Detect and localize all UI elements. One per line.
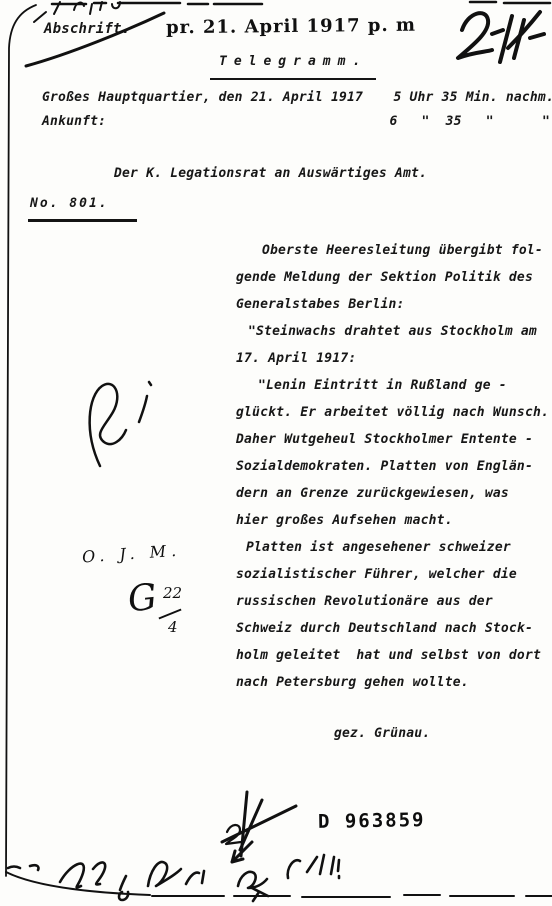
body-line: 17. April 1917: xyxy=(236,345,546,372)
date-mark-letter-handwritten: G xyxy=(126,577,159,621)
date-fraction-denominator: 4 xyxy=(168,618,178,636)
marginalia-scribble xyxy=(8,855,339,901)
origin-place-date: Großes Hauptquartier, den 21. April 1917 xyxy=(42,84,363,111)
body-line: hier großes Aufsehen macht. xyxy=(236,507,546,534)
body-line: nach Petersburg gehen wollte. xyxy=(236,669,546,696)
body-line: Daher Wutgeheul Stockholmer Entente - xyxy=(236,426,546,453)
body-line: Generalstabes Berlin: xyxy=(236,291,546,318)
received-date-stamp: pr. 21. April 1917 p. m xyxy=(166,15,416,39)
registry-number-stamp: D 963859 xyxy=(318,809,426,833)
body-line: Sozialdemokraten. Platten von Englän- xyxy=(236,453,546,480)
cross-arrow-mark xyxy=(222,792,296,862)
body-line: sozialistischer Führer, welcher die xyxy=(236,561,546,588)
telegram-body: Oberste Heeresleitung übergibt fol- gend… xyxy=(236,237,546,696)
document-number: No. 801. xyxy=(28,190,137,222)
body-line: Schweiz durch Deutschland nach Stock- xyxy=(236,615,546,642)
body-line: Platten ist angesehener schweizer xyxy=(236,534,546,561)
dispatch-time: 5 Uhr 35 Min. nachm. xyxy=(393,84,552,111)
scan-border-bottom xyxy=(6,872,552,897)
scan-border-top xyxy=(52,2,550,4)
body-line: dern an Grenze zurückgewiesen, was xyxy=(236,480,546,507)
signature-line: gez. Grünau. xyxy=(334,720,430,747)
addressee-line: Der K. Legationsrat an Auswärtiges Amt. xyxy=(114,160,427,187)
body-line: "Steinwachs drahtet aus Stockholm am xyxy=(236,318,546,345)
body-line: "Lenin Eintritt in Rußland ge - xyxy=(236,372,546,399)
scan-border-left xyxy=(6,5,36,876)
approval-initials-handwritten: O. J. M. xyxy=(81,541,181,567)
body-line: glückt. Er arbeitet völlig nach Wunsch. xyxy=(236,399,546,426)
body-line: russischen Revolutionäre aus der xyxy=(236,588,546,615)
copy-label: Abschrift. xyxy=(44,16,130,43)
body-line: Oberste Heeresleitung übergibt fol- xyxy=(236,237,546,264)
telegram-scan-page: Abschrift. pr. 21. April 1917 p. m Teleg… xyxy=(0,0,552,906)
body-line: holm geleitet hat und selbst von dort xyxy=(236,642,546,669)
handwritten-initial-r xyxy=(90,382,151,466)
document-type-heading: Telegramm. xyxy=(210,48,376,80)
arrival-time: 6 " 35 " " xyxy=(389,108,552,135)
date-fraction-numerator: 22 xyxy=(163,584,182,602)
handwritten-corner-number xyxy=(458,12,544,62)
arrival-label: Ankunft: xyxy=(42,108,106,135)
body-line: gende Meldung der Sektion Politik des xyxy=(236,264,546,291)
